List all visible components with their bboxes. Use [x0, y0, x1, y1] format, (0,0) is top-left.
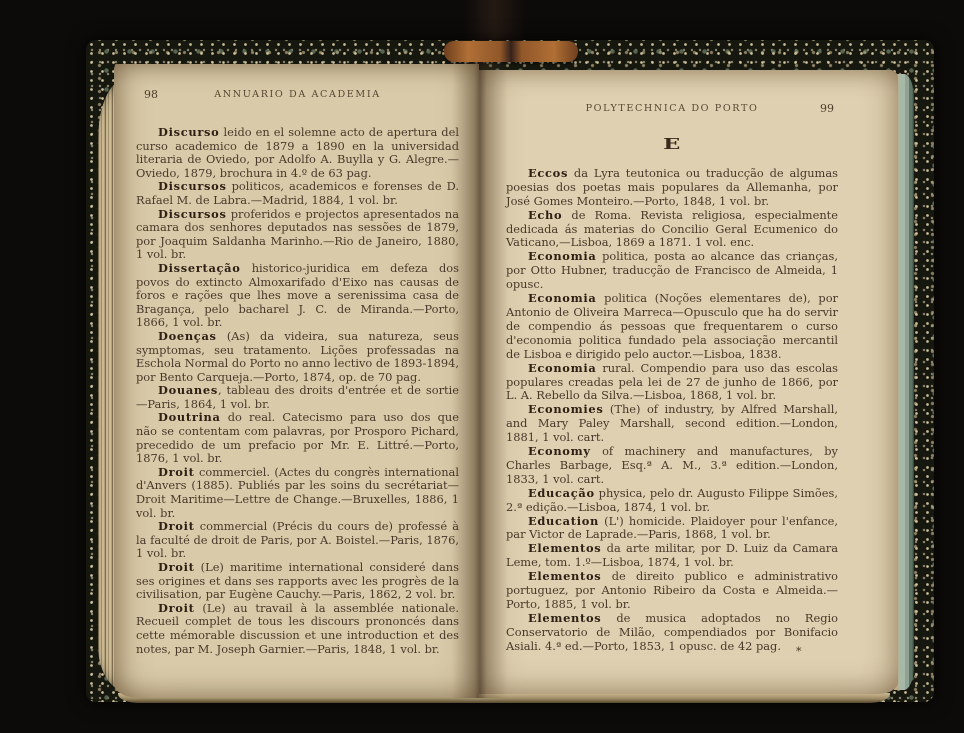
signature-mark: * — [796, 645, 802, 658]
left-page-number: 98 — [144, 88, 158, 102]
left-running-header-title: ANNUARIO DA ACADEMIA — [214, 89, 380, 100]
left-page-text: 98 ANNUARIO DA ACADEMIA Discurso leido e… — [136, 88, 459, 656]
catalog-entry: Discurso leido en el solemne acto de ape… — [136, 126, 459, 180]
catalog-entry: Elementos da arte militar, por D. Luiz d… — [506, 542, 838, 570]
catalog-entry: Discursos politicos, academicos e forens… — [136, 180, 459, 207]
catalog-entry: Echo de Roma. Revista religiosa, especia… — [506, 209, 838, 251]
section-letter-heading: E — [506, 138, 838, 152]
entry-term: Economia — [528, 249, 596, 263]
entry-term: Douanes — [158, 383, 218, 397]
catalog-entry: Doutrina do real. Catecismo para uso dos… — [136, 411, 459, 465]
entry-term: Elementos — [528, 569, 601, 583]
entry-term: Economia — [528, 361, 596, 375]
entry-term: Discursos — [158, 207, 227, 221]
entry-term: Discursos — [158, 179, 227, 193]
catalog-entry: Douanes, tableau des droits d'entrée et … — [136, 384, 459, 411]
right-page-text: POLYTECHNICA DO PORTO 99 E Eccos da Lyra… — [506, 102, 838, 654]
catalog-entry: Elementos de direito publico e administr… — [506, 570, 838, 612]
catalog-entry: Economy of machinery and manufactures, b… — [506, 445, 838, 487]
entry-term: Educação — [528, 486, 595, 500]
catalog-entry: Economies (The) of industry, by Alfred M… — [506, 403, 838, 445]
section-letter-glyph: E — [663, 138, 680, 152]
catalog-entry: Eccos da Lyra teutonica ou traducção de … — [506, 167, 838, 209]
left-running-header: 98 ANNUARIO DA ACADEMIA — [136, 88, 459, 103]
entry-term: Eccos — [528, 166, 568, 180]
catalog-entry: Educação physica, pelo dr. Augusto Filip… — [506, 487, 838, 515]
catalog-entry: Discursos proferidos e projectos apresen… — [136, 208, 459, 262]
catalog-entry: Elementos de musica adoptados no Regio C… — [506, 612, 838, 654]
entry-term: Education — [528, 514, 599, 528]
entry-term: Droit — [158, 601, 195, 615]
catalog-entry: Droit (Le) maritime international consid… — [136, 561, 459, 602]
book-scan-scene: 98 ANNUARIO DA ACADEMIA Discurso leido e… — [0, 0, 964, 733]
entry-term: Discurso — [158, 125, 219, 139]
catalog-entry: Doenças (As) da videira, sua natureza, s… — [136, 330, 459, 384]
left-page-entries: Discurso leido en el solemne acto de ape… — [136, 126, 459, 656]
catalog-entry: Economia politica, posta ao alcance das … — [506, 250, 838, 292]
right-page-number: 99 — [820, 102, 834, 116]
entry-term: Doutrina — [158, 410, 221, 424]
entry-term: Doenças — [158, 329, 217, 343]
catalog-entry: Economia rural. Compendio para uso das e… — [506, 362, 838, 404]
entry-term: Economia — [528, 291, 596, 305]
catalog-entry: Droit (Le) au travail à la assemblée nat… — [136, 602, 459, 656]
entry-term: Droit — [158, 519, 195, 533]
right-running-header: POLYTECHNICA DO PORTO 99 — [506, 102, 838, 117]
right-page-entries: Eccos da Lyra teutonica ou traducção de … — [506, 167, 838, 654]
entry-term: Echo — [528, 208, 562, 222]
spine-headband — [444, 41, 578, 62]
catalog-entry: Droit commerciel. (Actes du congrès inte… — [136, 466, 459, 520]
right-running-header-title: POLYTECHNICA DO PORTO — [586, 103, 759, 114]
catalog-entry: Education (L') homicide. Plaidoyer pour … — [506, 515, 838, 543]
entry-term: Elementos — [528, 541, 601, 555]
entry-term: Economies — [528, 402, 603, 416]
entry-term: Elementos — [528, 611, 601, 625]
entry-term: Dissertação — [158, 261, 241, 275]
entry-term: Droit — [158, 560, 195, 574]
entry-term: Droit — [158, 465, 195, 479]
catalog-entry: Droit commercial (Précis du cours de) pr… — [136, 520, 459, 561]
catalog-entry: Economia politica (Noções elementares de… — [506, 292, 838, 362]
catalog-entry: Dissertação historico-juridica em defeza… — [136, 262, 459, 330]
entry-term: Economy — [528, 444, 591, 458]
